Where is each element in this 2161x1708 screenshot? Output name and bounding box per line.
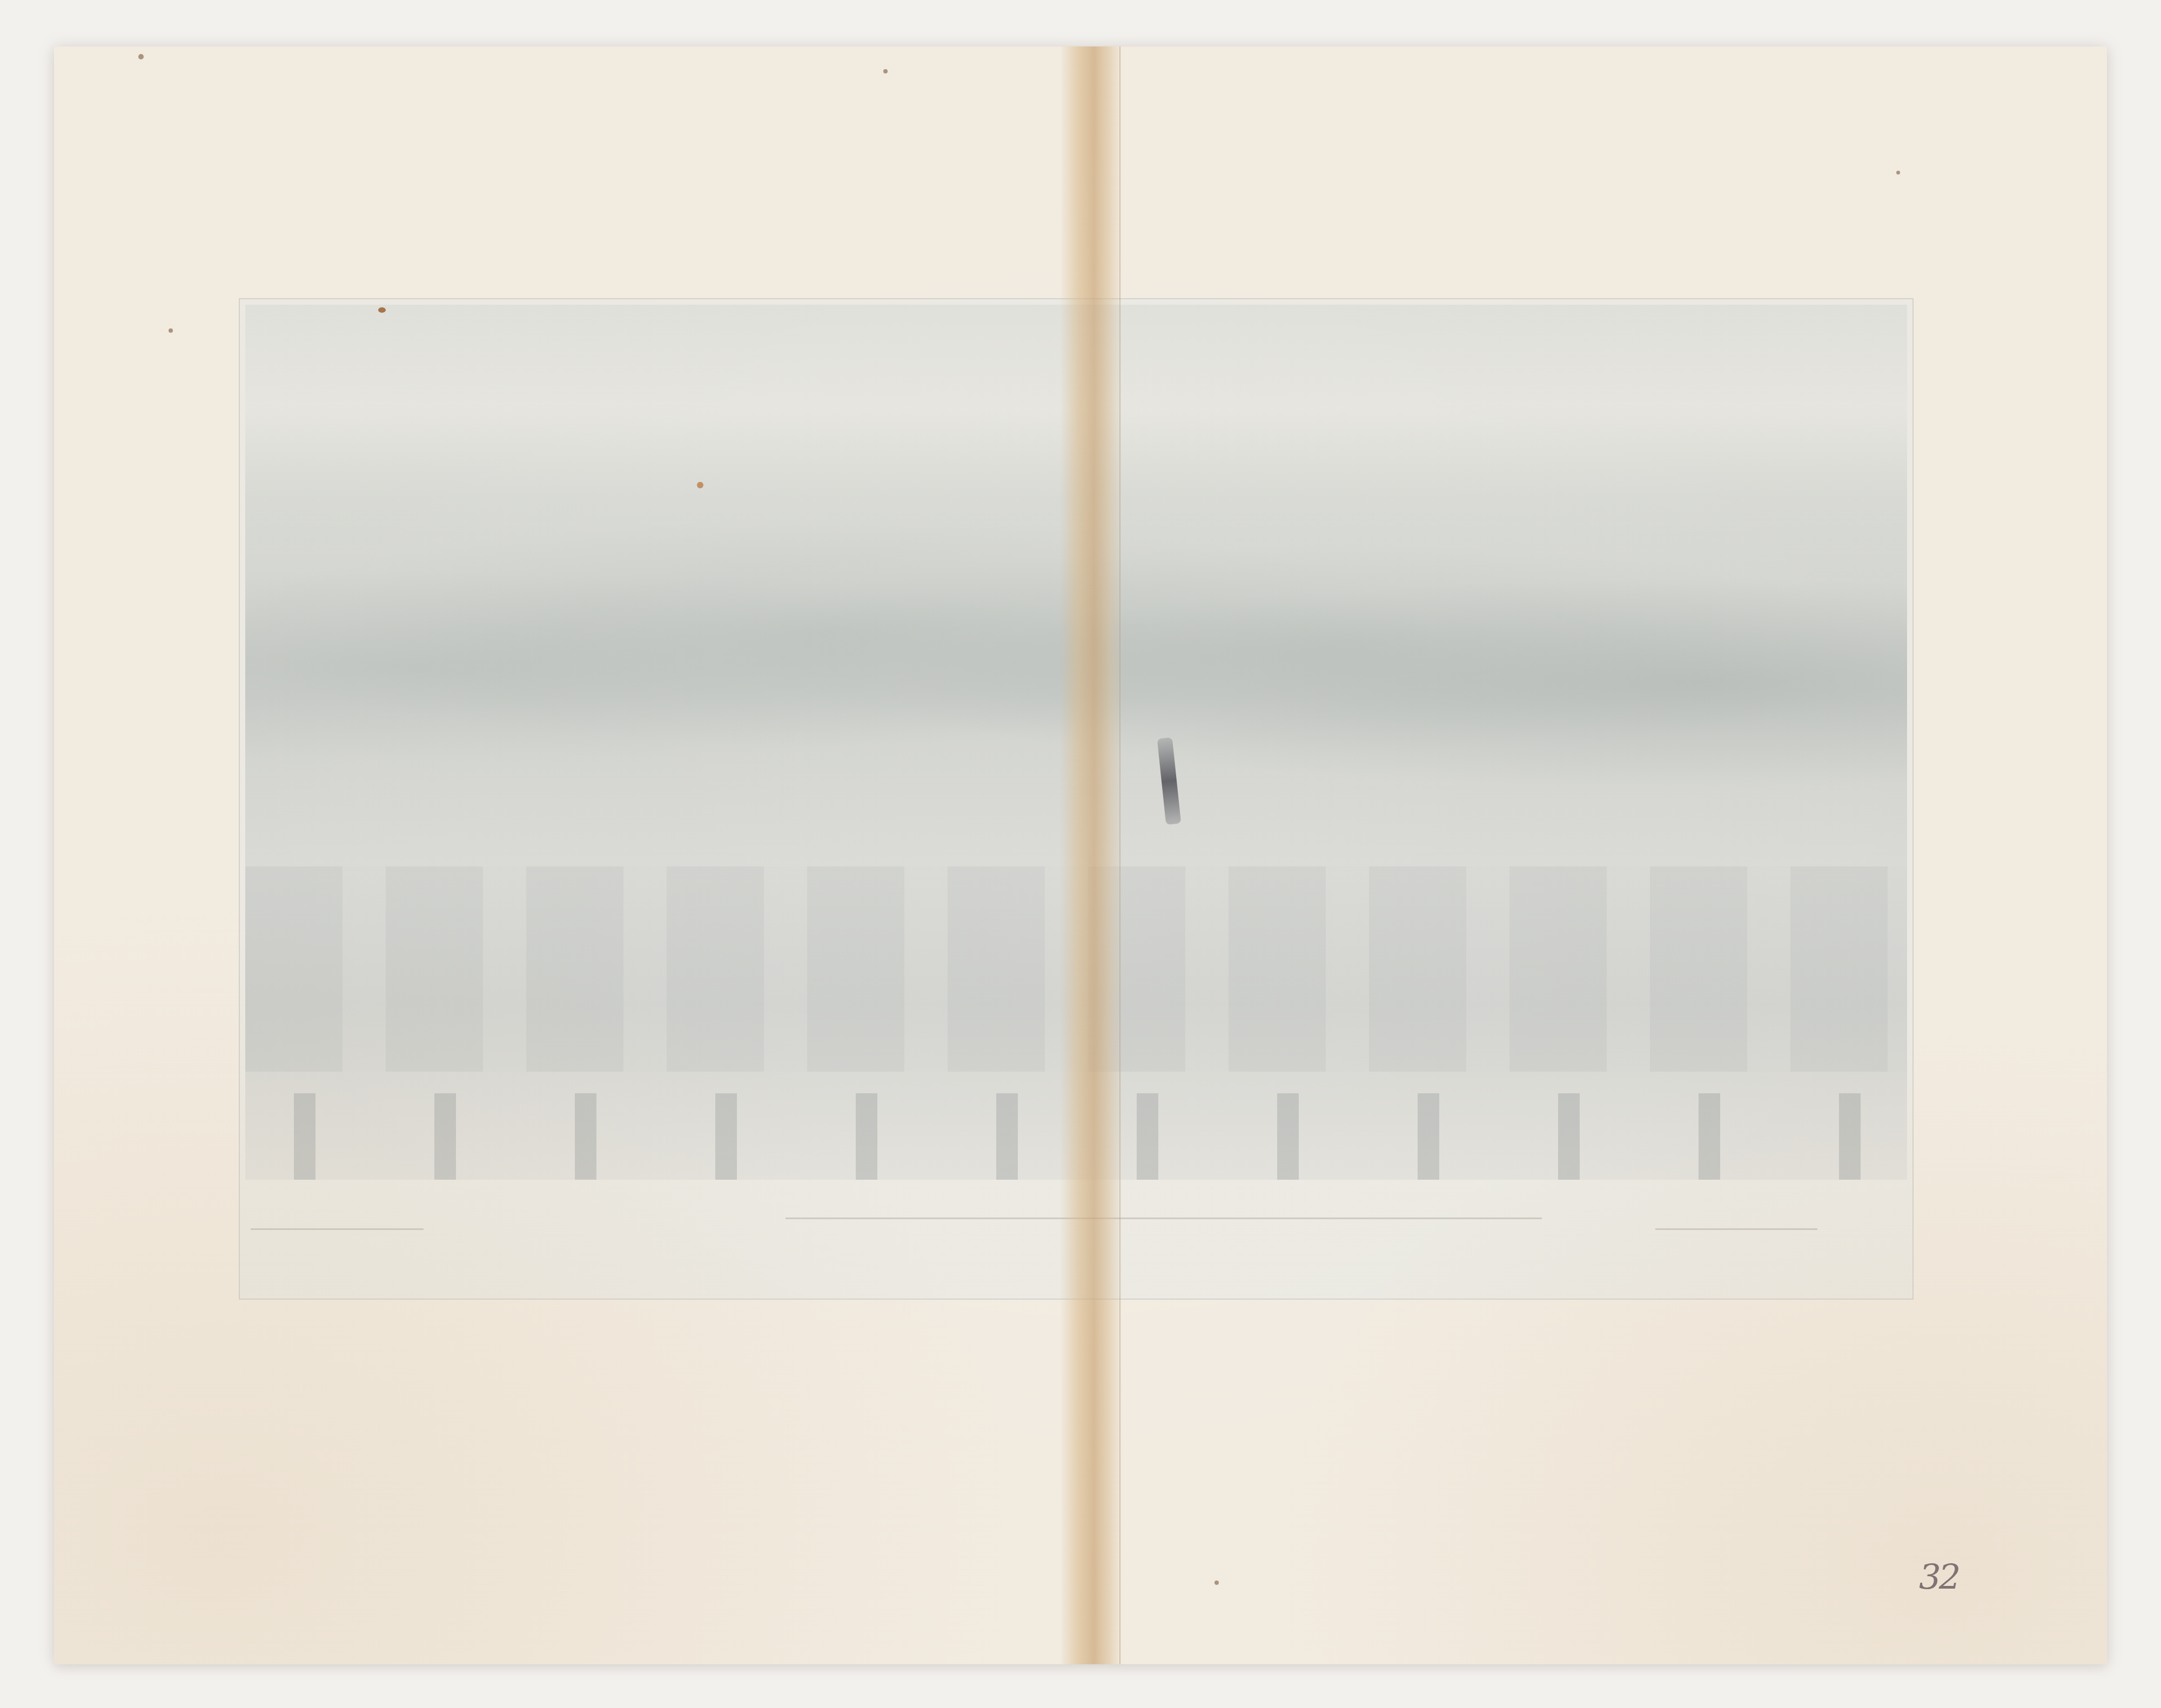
caption-center xyxy=(786,1218,1542,1219)
center-fold-stain xyxy=(1060,46,1122,1664)
center-fold-line xyxy=(1119,46,1120,1664)
foxing-spot xyxy=(697,482,703,488)
foxing-spot xyxy=(138,54,144,59)
handwritten-number: 32 xyxy=(1919,1558,1958,1598)
paper-sheet: 32 xyxy=(54,46,2107,1664)
foxing-spot xyxy=(378,307,386,313)
caption-left xyxy=(251,1228,424,1230)
foxing-spot xyxy=(1896,171,1900,174)
caption-right xyxy=(1655,1228,1817,1230)
foxing-spot xyxy=(1214,1581,1219,1585)
foxing-spot xyxy=(169,328,173,333)
foxing-spot xyxy=(883,69,888,73)
